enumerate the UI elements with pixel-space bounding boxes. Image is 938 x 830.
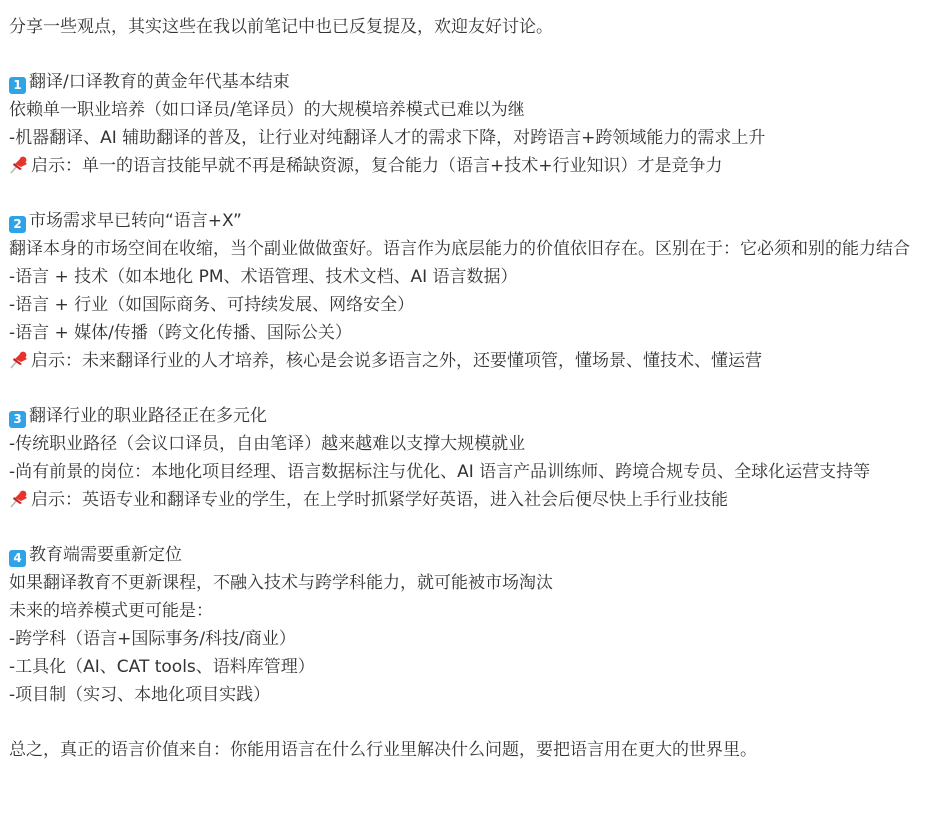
- section-line: -传统职业路径（会议口译员，自由笔译）越来越难以支撑大规模就业: [9, 430, 938, 458]
- spacer: [9, 375, 938, 402]
- intro-text: 分享一些观点，其实这些在我以前笔记中也已反复提及，欢迎友好讨论。: [9, 13, 938, 41]
- spacer: [9, 180, 938, 207]
- section-3: 3翻译行业的职业路径正在多元化 -传统职业路径（会议口译员，自由笔译）越来越难以…: [9, 402, 938, 514]
- section-line: -语言 + 媒体/传播（跨文化传播、国际公关）: [9, 319, 938, 347]
- section-title: 市场需求早已转向“语言+X”: [29, 211, 242, 231]
- section-line: -项目制（实习、本地化项目实践）: [9, 681, 938, 709]
- section-line: -跨学科（语言+国际事务/科技/商业）: [9, 625, 938, 653]
- pushpin-icon: [9, 351, 29, 369]
- section-2: 2市场需求早已转向“语言+X” 翻译本身的市场空间在收缩，当个副业做做蛮好。语言…: [9, 207, 938, 375]
- insight-text: 启示：英语专业和翻译专业的学生，在上学时抓紧学好英语，进入社会后便尽快上手行业技…: [31, 490, 728, 510]
- insight-line: 启示：单一的语言技能早就不再是稀缺资源，复合能力（语言+技术+行业知识）才是竞争…: [9, 152, 938, 180]
- spacer: [9, 709, 938, 736]
- insight-text: 启示：单一的语言技能早就不再是稀缺资源，复合能力（语言+技术+行业知识）才是竞争…: [31, 156, 723, 176]
- conclusion-text: 总之，真正的语言价值来自：你能用语言在什么行业里解决什么问题，要把语言用在更大的…: [9, 736, 938, 764]
- section-1: 1翻译/口译教育的黄金年代基本结束 依赖单一职业培养（如口译员/笔译员）的大规模…: [9, 68, 938, 180]
- section-heading: 1翻译/口译教育的黄金年代基本结束: [9, 68, 938, 96]
- insight-line: 启示：英语专业和翻译专业的学生，在上学时抓紧学好英语，进入社会后便尽快上手行业技…: [9, 486, 938, 514]
- section-line: 未来的培养模式更可能是：: [9, 597, 938, 625]
- section-line: 翻译本身的市场空间在收缩，当个副业做做蛮好。语言作为底层能力的价值依旧存在。区别…: [9, 235, 934, 263]
- insight-text: 启示：未来翻译行业的人才培养，核心是会说多语言之外，还要懂项管，懂场景、懂技术、…: [31, 351, 762, 371]
- section-line: 如果翻译教育不更新课程，不融入技术与跨学科能力，就可能被市场淘汰: [9, 569, 938, 597]
- section-line: -机器翻译、AI 辅助翻译的普及，让行业对纯翻译人才的需求下降，对跨语言+跨领域…: [9, 124, 938, 152]
- post-body: 分享一些观点，其实这些在我以前笔记中也已反复提及，欢迎友好讨论。 1翻译/口译教…: [0, 0, 938, 764]
- section-line: 依赖单一职业培养（如口译员/笔译员）的大规模培养模式已难以为继: [9, 96, 938, 124]
- section-line: -语言 + 技术（如本地化 PM、术语管理、技术文档、AI 语言数据）: [9, 263, 938, 291]
- section-heading: 4教育端需要重新定位: [9, 541, 938, 569]
- pushpin-icon: [9, 156, 29, 174]
- pushpin-icon: [9, 490, 29, 508]
- spacer: [9, 514, 938, 541]
- section-4: 4教育端需要重新定位 如果翻译教育不更新课程，不融入技术与跨学科能力，就可能被市…: [9, 541, 938, 709]
- section-line: -尚有前景的岗位：本地化项目经理、语言数据标注与优化、AI 语言产品训练师、跨境…: [9, 458, 934, 486]
- section-line: -语言 + 行业（如国际商务、可持续发展、网络安全）: [9, 291, 938, 319]
- section-heading: 2市场需求早已转向“语言+X”: [9, 207, 938, 235]
- keycap-3-icon: 3: [9, 411, 26, 428]
- section-title: 翻译/口译教育的黄金年代基本结束: [29, 72, 290, 92]
- spacer: [9, 41, 938, 68]
- section-line: -工具化（AI、CAT tools、语料库管理）: [9, 653, 938, 681]
- insight-line: 启示：未来翻译行业的人才培养，核心是会说多语言之外，还要懂项管，懂场景、懂技术、…: [9, 347, 938, 375]
- keycap-2-icon: 2: [9, 216, 26, 233]
- keycap-4-icon: 4: [9, 550, 26, 567]
- section-title: 教育端需要重新定位: [29, 545, 182, 565]
- section-title: 翻译行业的职业路径正在多元化: [29, 406, 267, 426]
- keycap-1-icon: 1: [9, 77, 26, 94]
- section-heading: 3翻译行业的职业路径正在多元化: [9, 402, 938, 430]
